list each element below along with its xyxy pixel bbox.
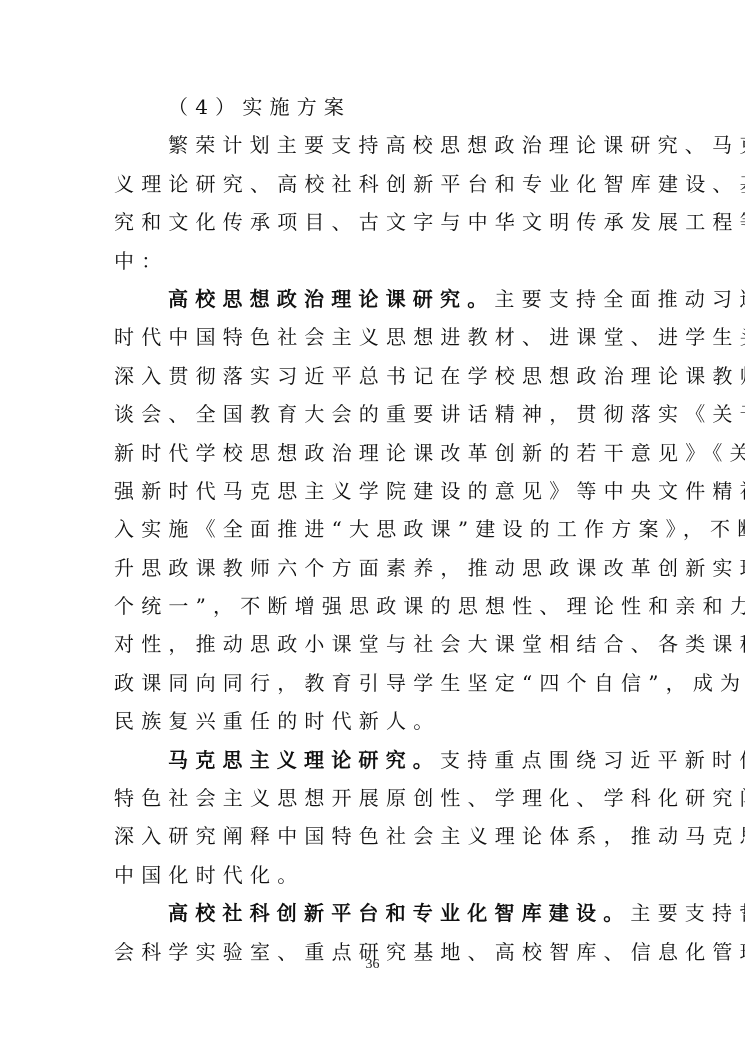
paragraph-ideological-course: 高校思想政治理论课研究。主要支持全面推动习近平新 时代中国特色社会主义思想进教材… xyxy=(114,280,634,741)
text-line: 对性，推动思政小课堂与社会大课堂相结合、各类课程与思 xyxy=(114,625,634,663)
text-line: 义理论研究、高校社科创新平台和专业化智库建设、基础研 xyxy=(114,165,634,203)
section-heading: （4）实施方案 xyxy=(114,88,634,126)
text-line: 谈会、全国教育大会的重要讲话精神，贯彻落实《关于深化 xyxy=(114,395,634,433)
text-line: 政课同向同行，教育引导学生坚定“四个自信”，成为担当 xyxy=(114,664,634,702)
text-run: 支持重点围绕习近平新时代中国 xyxy=(440,748,745,772)
text-run: 主要支持哲学社 xyxy=(630,901,745,925)
paragraph-marxism-research: 马克思主义理论研究。支持重点围绕习近平新时代中国 特色社会主义思想开展原创性、学… xyxy=(114,741,634,895)
text-line: 深入贯彻落实习近平总书记在学校思想政治理论课教师座 xyxy=(114,357,634,395)
paragraph-bold-lead: 高校社科创新平台和专业化智库建设。 xyxy=(168,901,630,925)
text-line: 高校思想政治理论课研究。主要支持全面推动习近平新 xyxy=(114,280,634,318)
paragraph-bold-lead: 马克思主义理论研究。 xyxy=(168,748,440,772)
text-line: 中国化时代化。 xyxy=(114,856,634,894)
text-line: 高校社科创新平台和专业化智库建设。主要支持哲学社 xyxy=(114,894,634,932)
text-line: 民族复兴重任的时代新人。 xyxy=(114,702,634,740)
text-line: 强新时代马克思主义学院建设的意见》等中央文件精神，深 xyxy=(114,472,634,510)
page-number: 36 xyxy=(0,957,745,973)
document-page: （4）实施方案 繁荣计划主要支持高校思想政治理论课研究、马克思主 义理论研究、高… xyxy=(0,0,745,1053)
text-line: 时代中国特色社会主义思想进教材、进课堂、进学生头脑， xyxy=(114,318,634,356)
text-line: 究和文化传承项目、古文字与中华文明传承发展工程等。其 xyxy=(114,203,634,241)
text-line: 马克思主义理论研究。支持重点围绕习近平新时代中国 xyxy=(114,741,634,779)
text-line: 个统一”，不断增强思政课的思想性、理论性和亲和力、针 xyxy=(114,587,634,625)
page-content: （4）实施方案 繁荣计划主要支持高校思想政治理论课研究、马克思主 义理论研究、高… xyxy=(114,88,634,971)
text-line: 入实施《全面推进“大思政课”建设的工作方案》，不断提 xyxy=(114,510,634,548)
text-line: 升思政课教师六个方面素养，推动思政课改革创新实现“八 xyxy=(114,549,634,587)
text-line: 深入研究阐释中国特色社会主义理论体系，推动马克思主义 xyxy=(114,817,634,855)
text-run: 主要支持全面推动习近平新 xyxy=(494,287,745,311)
text-line: 繁荣计划主要支持高校思想政治理论课研究、马克思主 xyxy=(114,126,634,164)
text-line: 新时代学校思想政治理论课改革创新的若干意见》《关于加 xyxy=(114,434,634,472)
text-line: 特色社会主义思想开展原创性、学理化、学科化研究阐释， xyxy=(114,779,634,817)
text-line: 中： xyxy=(114,242,634,280)
paragraph-intro: 繁荣计划主要支持高校思想政治理论课研究、马克思主 义理论研究、高校社科创新平台和… xyxy=(114,126,634,280)
paragraph-bold-lead: 高校思想政治理论课研究。 xyxy=(168,287,494,311)
